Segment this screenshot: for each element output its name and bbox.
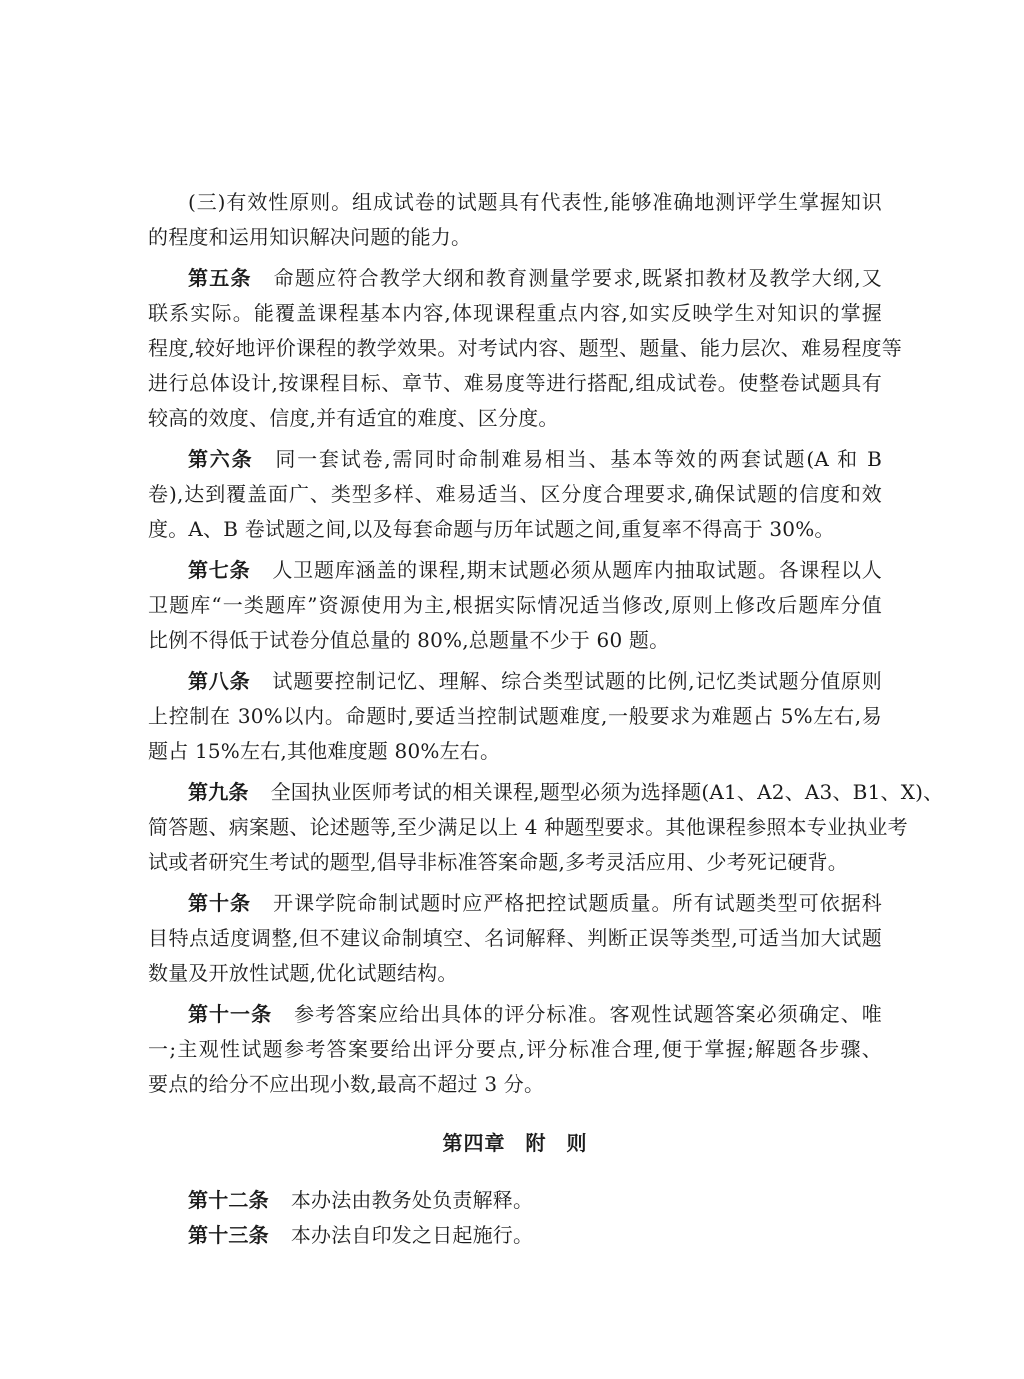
text-line: 较高的效度、信度,并有适宜的难度、区分度。 bbox=[148, 401, 882, 436]
article-label: 第七条 bbox=[188, 558, 250, 582]
article-label: 第十三条 bbox=[188, 1223, 269, 1247]
article-label: 第八条 bbox=[188, 669, 250, 693]
article-5: 第五条命题应符合教学大纲和教育测量学要求,既紧扣教材及教学大纲,又 联系实际。能… bbox=[148, 261, 882, 436]
chapter-title-part2: 则 bbox=[567, 1131, 588, 1155]
article-12: 第十二条本办法由教务处负责解释。 bbox=[148, 1183, 882, 1218]
document-page: (三)有效性原则。组成试卷的试题具有代表性,能够准确地测评学生掌握知识 的程度和… bbox=[148, 185, 882, 1253]
article-text: 本办法由教务处负责解释。 bbox=[291, 1188, 533, 1212]
chapter-number: 第四章 bbox=[443, 1131, 506, 1155]
article-label: 第十条 bbox=[188, 891, 251, 915]
article-label: 第十二条 bbox=[188, 1188, 269, 1212]
article-label: 第六条 bbox=[188, 447, 253, 471]
text-line: 卷),达到覆盖面广、类型多样、难易适当、区分度合理要求,确保试题的信度和效 bbox=[148, 477, 882, 512]
chapter-heading: 第四章附则 bbox=[148, 1126, 882, 1161]
article-text: 命题应符合教学大纲和教育测量学要求,既紧扣教材及教学大纲,又 bbox=[274, 266, 882, 290]
text-line: 的程度和运用知识解决问题的能力。 bbox=[148, 220, 882, 255]
article-text: 开课学院命制试题时应严格把控试题质量。所有试题类型可依据科 bbox=[273, 891, 882, 915]
text-line: 第七条人卫题库涵盖的课程,期末试题必须从题库内抽取试题。各课程以人 bbox=[148, 553, 882, 588]
text-line: 上控制在 30%以内。命题时,要适当控制试题难度,一般要求为难题占 5%左右,易 bbox=[148, 699, 882, 734]
article-9: 第九条全国执业医师考试的相关课程,题型必须为选择题(A1、A2、A3、B1、X)… bbox=[148, 775, 882, 880]
text-line: 要点的给分不应出现小数,最高不超过 3 分。 bbox=[148, 1067, 882, 1102]
text-line: 第五条命题应符合教学大纲和教育测量学要求,既紧扣教材及教学大纲,又 bbox=[148, 261, 882, 296]
article-13: 第十三条本办法自印发之日起施行。 bbox=[148, 1218, 882, 1253]
article-text: 全国执业医师考试的相关课程,题型必须为选择题(A1、A2、A3、B1、X)、 bbox=[271, 780, 944, 804]
text-line: 试或者研究生考试的题型,倡导非标准答案命题,多考灵活应用、少考死记硬背。 bbox=[148, 845, 882, 880]
text-line: 联系实际。能覆盖课程基本内容,体现课程重点内容,如实反映学生对知识的掌握 bbox=[148, 296, 882, 331]
article-6: 第六条同一套试卷,需同时命制难易相当、基本等效的两套试题(A 和 B 卷),达到… bbox=[148, 442, 882, 547]
article-7: 第七条人卫题库涵盖的课程,期末试题必须从题库内抽取试题。各课程以人 卫题库“一类… bbox=[148, 553, 882, 658]
article-text: 参考答案应给出具体的评分标准。客观性试题答案必须确定、唯 bbox=[294, 1002, 882, 1026]
principle-validity: (三)有效性原则。组成试卷的试题具有代表性,能够准确地测评学生掌握知识 的程度和… bbox=[148, 185, 882, 255]
text-line: 度。A、B 卷试题之间,以及每套命题与历年试题之间,重复率不得高于 30%。 bbox=[148, 512, 882, 547]
text-line: 简答题、病案题、论述题等,至少满足以上 4 种题型要求。其他课程参照本专业执业考 bbox=[148, 810, 882, 845]
text-line: 数量及开放性试题,优化试题结构。 bbox=[148, 956, 882, 991]
chapter-title-part1: 附 bbox=[526, 1131, 547, 1155]
article-8: 第八条试题要控制记忆、理解、综合类型试题的比例,记忆类试题分值原则 上控制在 3… bbox=[148, 664, 882, 769]
article-label: 第九条 bbox=[188, 780, 249, 804]
text-line: 第六条同一套试卷,需同时命制难易相当、基本等效的两套试题(A 和 B bbox=[148, 442, 882, 477]
text-line: 进行总体设计,按课程目标、章节、难易度等进行搭配,组成试卷。使整卷试题具有 bbox=[148, 366, 882, 401]
article-10: 第十条开课学院命制试题时应严格把控试题质量。所有试题类型可依据科 目特点适度调整… bbox=[148, 886, 882, 991]
text-line: 第八条试题要控制记忆、理解、综合类型试题的比例,记忆类试题分值原则 bbox=[148, 664, 882, 699]
article-text: 本办法自印发之日起施行。 bbox=[291, 1223, 533, 1247]
text-line: (三)有效性原则。组成试卷的试题具有代表性,能够准确地测评学生掌握知识 bbox=[148, 185, 882, 220]
text-line: 题占 15%左右,其他难度题 80%左右。 bbox=[148, 734, 882, 769]
article-text: 试题要控制记忆、理解、综合类型试题的比例,记忆类试题分值原则 bbox=[272, 669, 882, 693]
article-11: 第十一条参考答案应给出具体的评分标准。客观性试题答案必须确定、唯 一;主观性试题… bbox=[148, 997, 882, 1102]
article-label: 第五条 bbox=[188, 266, 252, 290]
text-line: 第十条开课学院命制试题时应严格把控试题质量。所有试题类型可依据科 bbox=[148, 886, 882, 921]
text-line: 第九条全国执业医师考试的相关课程,题型必须为选择题(A1、A2、A3、B1、X)… bbox=[148, 775, 882, 810]
article-text: 人卫题库涵盖的课程,期末试题必须从题库内抽取试题。各课程以人 bbox=[272, 558, 882, 582]
text-line: 目特点适度调整,但不建议命制填空、名词解释、判断正误等类型,可适当加大试题 bbox=[148, 921, 882, 956]
text-line: 一;主观性试题参考答案要给出评分要点,评分标准合理,便于掌握;解题各步骤、 bbox=[148, 1032, 882, 1067]
text-line: 第十一条参考答案应给出具体的评分标准。客观性试题答案必须确定、唯 bbox=[148, 997, 882, 1032]
text-line: 程度,较好地评价课程的教学效果。对考试内容、题型、题量、能力层次、难易程度等 bbox=[148, 331, 882, 366]
text-line: 比例不得低于试卷分值总量的 80%,总题量不少于 60 题。 bbox=[148, 623, 882, 658]
text-line: 卫题库“一类题库”资源使用为主,根据实际情况适当修改,原则上修改后题库分值 bbox=[148, 588, 882, 623]
article-label: 第十一条 bbox=[188, 1002, 272, 1026]
article-text: 同一套试卷,需同时命制难易相当、基本等效的两套试题(A 和 B bbox=[275, 447, 882, 471]
